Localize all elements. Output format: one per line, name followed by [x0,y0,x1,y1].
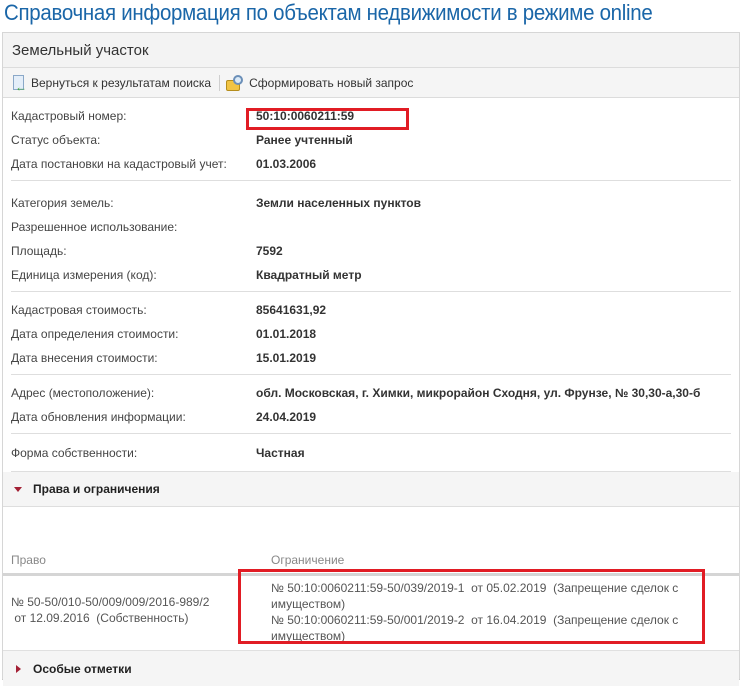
page-title: Справочная информация по объектам недвиж… [4,0,653,26]
new-request-label: Сформировать новый запрос [249,76,413,90]
group-identification: Кадастровый номер: 50:10:0060211:59 Стат… [11,98,731,181]
row-cadastral-cost: Кадастровая стоимость: 85641631,92 [11,298,731,322]
label: Дата внесения стоимости: [11,351,256,365]
column-header-restriction: Ограничение [263,507,739,575]
value: 01.01.2018 [256,327,316,341]
group-cost: Кадастровая стоимость: 85641631,92 Дата … [11,292,731,375]
collapsed-arrow-icon [16,665,21,673]
row-area: Площадь: 7592 [11,239,731,263]
row-address: Адрес (местоположение): обл. Московская,… [11,381,731,405]
value: 24.04.2019 [256,410,316,424]
back-to-results-button[interactable]: ← Вернуться к результатам поиска [11,74,211,92]
label: Категория земель: [11,196,256,210]
expanded-arrow-icon [14,487,22,492]
row-update-date: Дата обновления информации: 24.04.2019 [11,405,731,429]
value: Земли населенных пунктов [256,196,421,210]
label: Площадь: [11,244,256,258]
row-cadastral-number: Кадастровый номер: 50:10:0060211:59 [11,104,731,128]
label: Единица измерения (код): [11,268,256,282]
row-cost-entry-date: Дата внесения стоимости: 15.01.2019 [11,346,731,370]
right-number: № 50-50/010-50/009/009/2016-989/2 [11,594,255,610]
label: Разрешенное использование: [11,220,256,234]
special-marks-section-title: Особые отметки [33,662,132,676]
document-back-arrow-icon: ← [11,74,27,92]
label: Форма собственности: [11,446,256,460]
value: 01.03.2006 [256,157,316,171]
object-info-panel: Земельный участок ← Вернуться к результа… [2,32,740,680]
special-marks-section-toggle[interactable]: Особые отметки [3,651,739,686]
search-folder-icon [225,74,245,92]
label: Статус объекта: [11,133,256,147]
label: Дата определения стоимости: [11,327,256,341]
restriction-cell: № 50:10:0060211:59-50/039/2019-1 от 05.0… [263,575,739,651]
new-request-button[interactable]: Сформировать новый запрос [225,74,413,92]
row-ownership-form: Форма собственности: Частная [11,441,731,465]
column-header-right: Право [3,507,263,575]
row-registration-date: Дата постановки на кадастровый учет: 01.… [11,152,731,176]
label: Дата обновления информации: [11,410,256,424]
rights-table: Право Ограничение № 50-50/010-50/009/009… [3,507,739,651]
label: Адрес (местоположение): [11,386,256,400]
value: 15.01.2019 [256,351,316,365]
group-address: Адрес (местоположение): обл. Московская,… [11,375,731,434]
right-cell: № 50-50/010-50/009/009/2016-989/2 от 12.… [3,575,263,651]
rights-section-title: Права и ограничения [33,482,160,496]
toolbar-separator [219,75,220,91]
object-properties: Кадастровый номер: 50:10:0060211:59 Стат… [3,98,739,472]
row-cost-determination-date: Дата определения стоимости: 01.01.2018 [11,322,731,346]
cadastral-number-value: 50:10:0060211:59 [256,109,354,123]
value: Ранее учтенный [256,133,353,147]
panel-header: Земельный участок [3,33,739,68]
back-to-results-label: Вернуться к результатам поиска [31,76,211,90]
value: 85641631,92 [256,303,326,317]
toolbar: ← Вернуться к результатам поиска Сформир… [3,68,739,98]
label: Кадастровый номер: [11,109,256,123]
row-object-status: Статус объекта: Ранее учтенный [11,128,731,152]
row-permitted-use: Разрешенное использование: [11,215,731,239]
value: Квадратный метр [256,268,362,282]
value: 7592 [256,244,283,258]
value: Частная [256,446,305,460]
label: Дата постановки на кадастровый учет: [11,157,256,171]
row-land-category: Категория земель: Земли населенных пункт… [11,191,731,215]
row-unit: Единица измерения (код): Квадратный метр [11,263,731,287]
right-date-type: от 12.09.2016 (Собственность) [11,610,255,626]
label: Кадастровая стоимость: [11,303,256,317]
group-ownership: Форма собственности: Частная [11,434,731,472]
restriction-entry: № 50:10:0060211:59-50/039/2019-1 от 05.0… [271,580,731,612]
table-row: № 50-50/010-50/009/009/2016-989/2 от 12.… [3,575,739,651]
restriction-entry: № 50:10:0060211:59-50/001/2019-2 от 16.0… [271,612,731,644]
group-land: Категория земель: Земли населенных пункт… [11,181,731,292]
value: обл. Московская, г. Химки, микрорайон Сх… [256,386,700,400]
rights-section-toggle[interactable]: Права и ограничения [3,472,739,507]
